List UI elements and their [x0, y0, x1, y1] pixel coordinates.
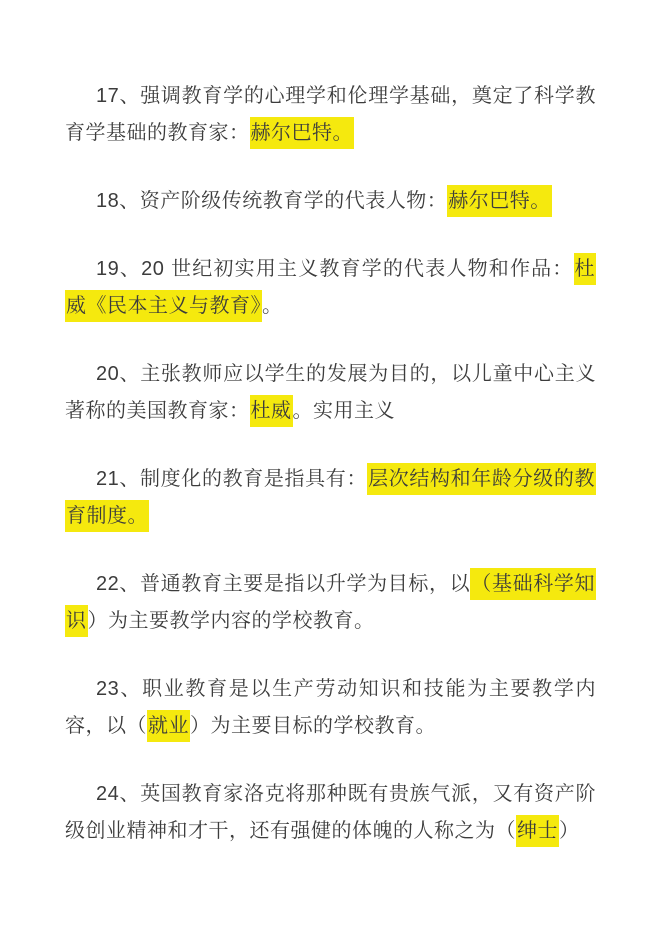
- question-text: 18、资产阶级传统教育学的代表人物：: [96, 190, 447, 212]
- highlighted-answer: 赫尔巴特。: [447, 185, 552, 217]
- question-text: 22、普通教育主要是指以升学为目标，以: [96, 573, 470, 595]
- document-viewer: { "theme": { "page_background": "#ffffff…: [0, 0, 660, 933]
- question-item: 23、职业教育是以生产劳动知识和技能为主要教学内容，以（就业）为主要目标的学校教…: [65, 671, 596, 745]
- question-item: 18、资产阶级传统教育学的代表人物：赫尔巴特。: [65, 183, 596, 220]
- highlighted-answer: 就业: [147, 710, 190, 742]
- highlighted-answer: 杜威: [250, 395, 293, 427]
- document-page: 17、强调教育学的心理学和伦理学基础，奠定了科学教育学基础的教育家：赫尔巴特。1…: [0, 0, 660, 933]
- question-text: 21、制度化的教育是指具有：: [96, 468, 367, 490]
- question-text: ）为主要目标的学校教育。: [190, 715, 436, 737]
- question-item: 22、普通教育主要是指以升学为目标，以（基础科学知识）为主要教学内容的学校教育。: [65, 566, 596, 640]
- question-item: 20、主张教师应以学生的发展为目的，以儿童中心主义著称的美国教育家：杜威。实用主…: [65, 356, 596, 430]
- highlighted-answer: 赫尔巴特。: [250, 117, 355, 149]
- question-text: 。: [262, 295, 283, 317]
- question-text: 19、20 世纪初实用主义教育学的代表人物和作品：: [96, 258, 574, 280]
- highlighted-answer: 绅士: [516, 815, 559, 847]
- question-text: ）: [559, 820, 580, 842]
- question-list: 17、强调教育学的心理学和伦理学基础，奠定了科学教育学基础的教育家：赫尔巴特。1…: [65, 78, 596, 850]
- question-item: 19、20 世纪初实用主义教育学的代表人物和作品：杜威《民本主义与教育》。: [65, 251, 596, 325]
- question-item: 24、英国教育家洛克将那种既有贵族气派，又有资产阶级创业精神和才干，还有强健的体…: [65, 776, 596, 850]
- question-text: 。实用主义: [293, 400, 396, 422]
- question-item: 17、强调教育学的心理学和伦理学基础，奠定了科学教育学基础的教育家：赫尔巴特。: [65, 78, 596, 152]
- question-item: 21、制度化的教育是指具有：层次结构和年龄分级的教育制度。: [65, 461, 596, 535]
- question-text: ）为主要教学内容的学校教育。: [88, 610, 375, 632]
